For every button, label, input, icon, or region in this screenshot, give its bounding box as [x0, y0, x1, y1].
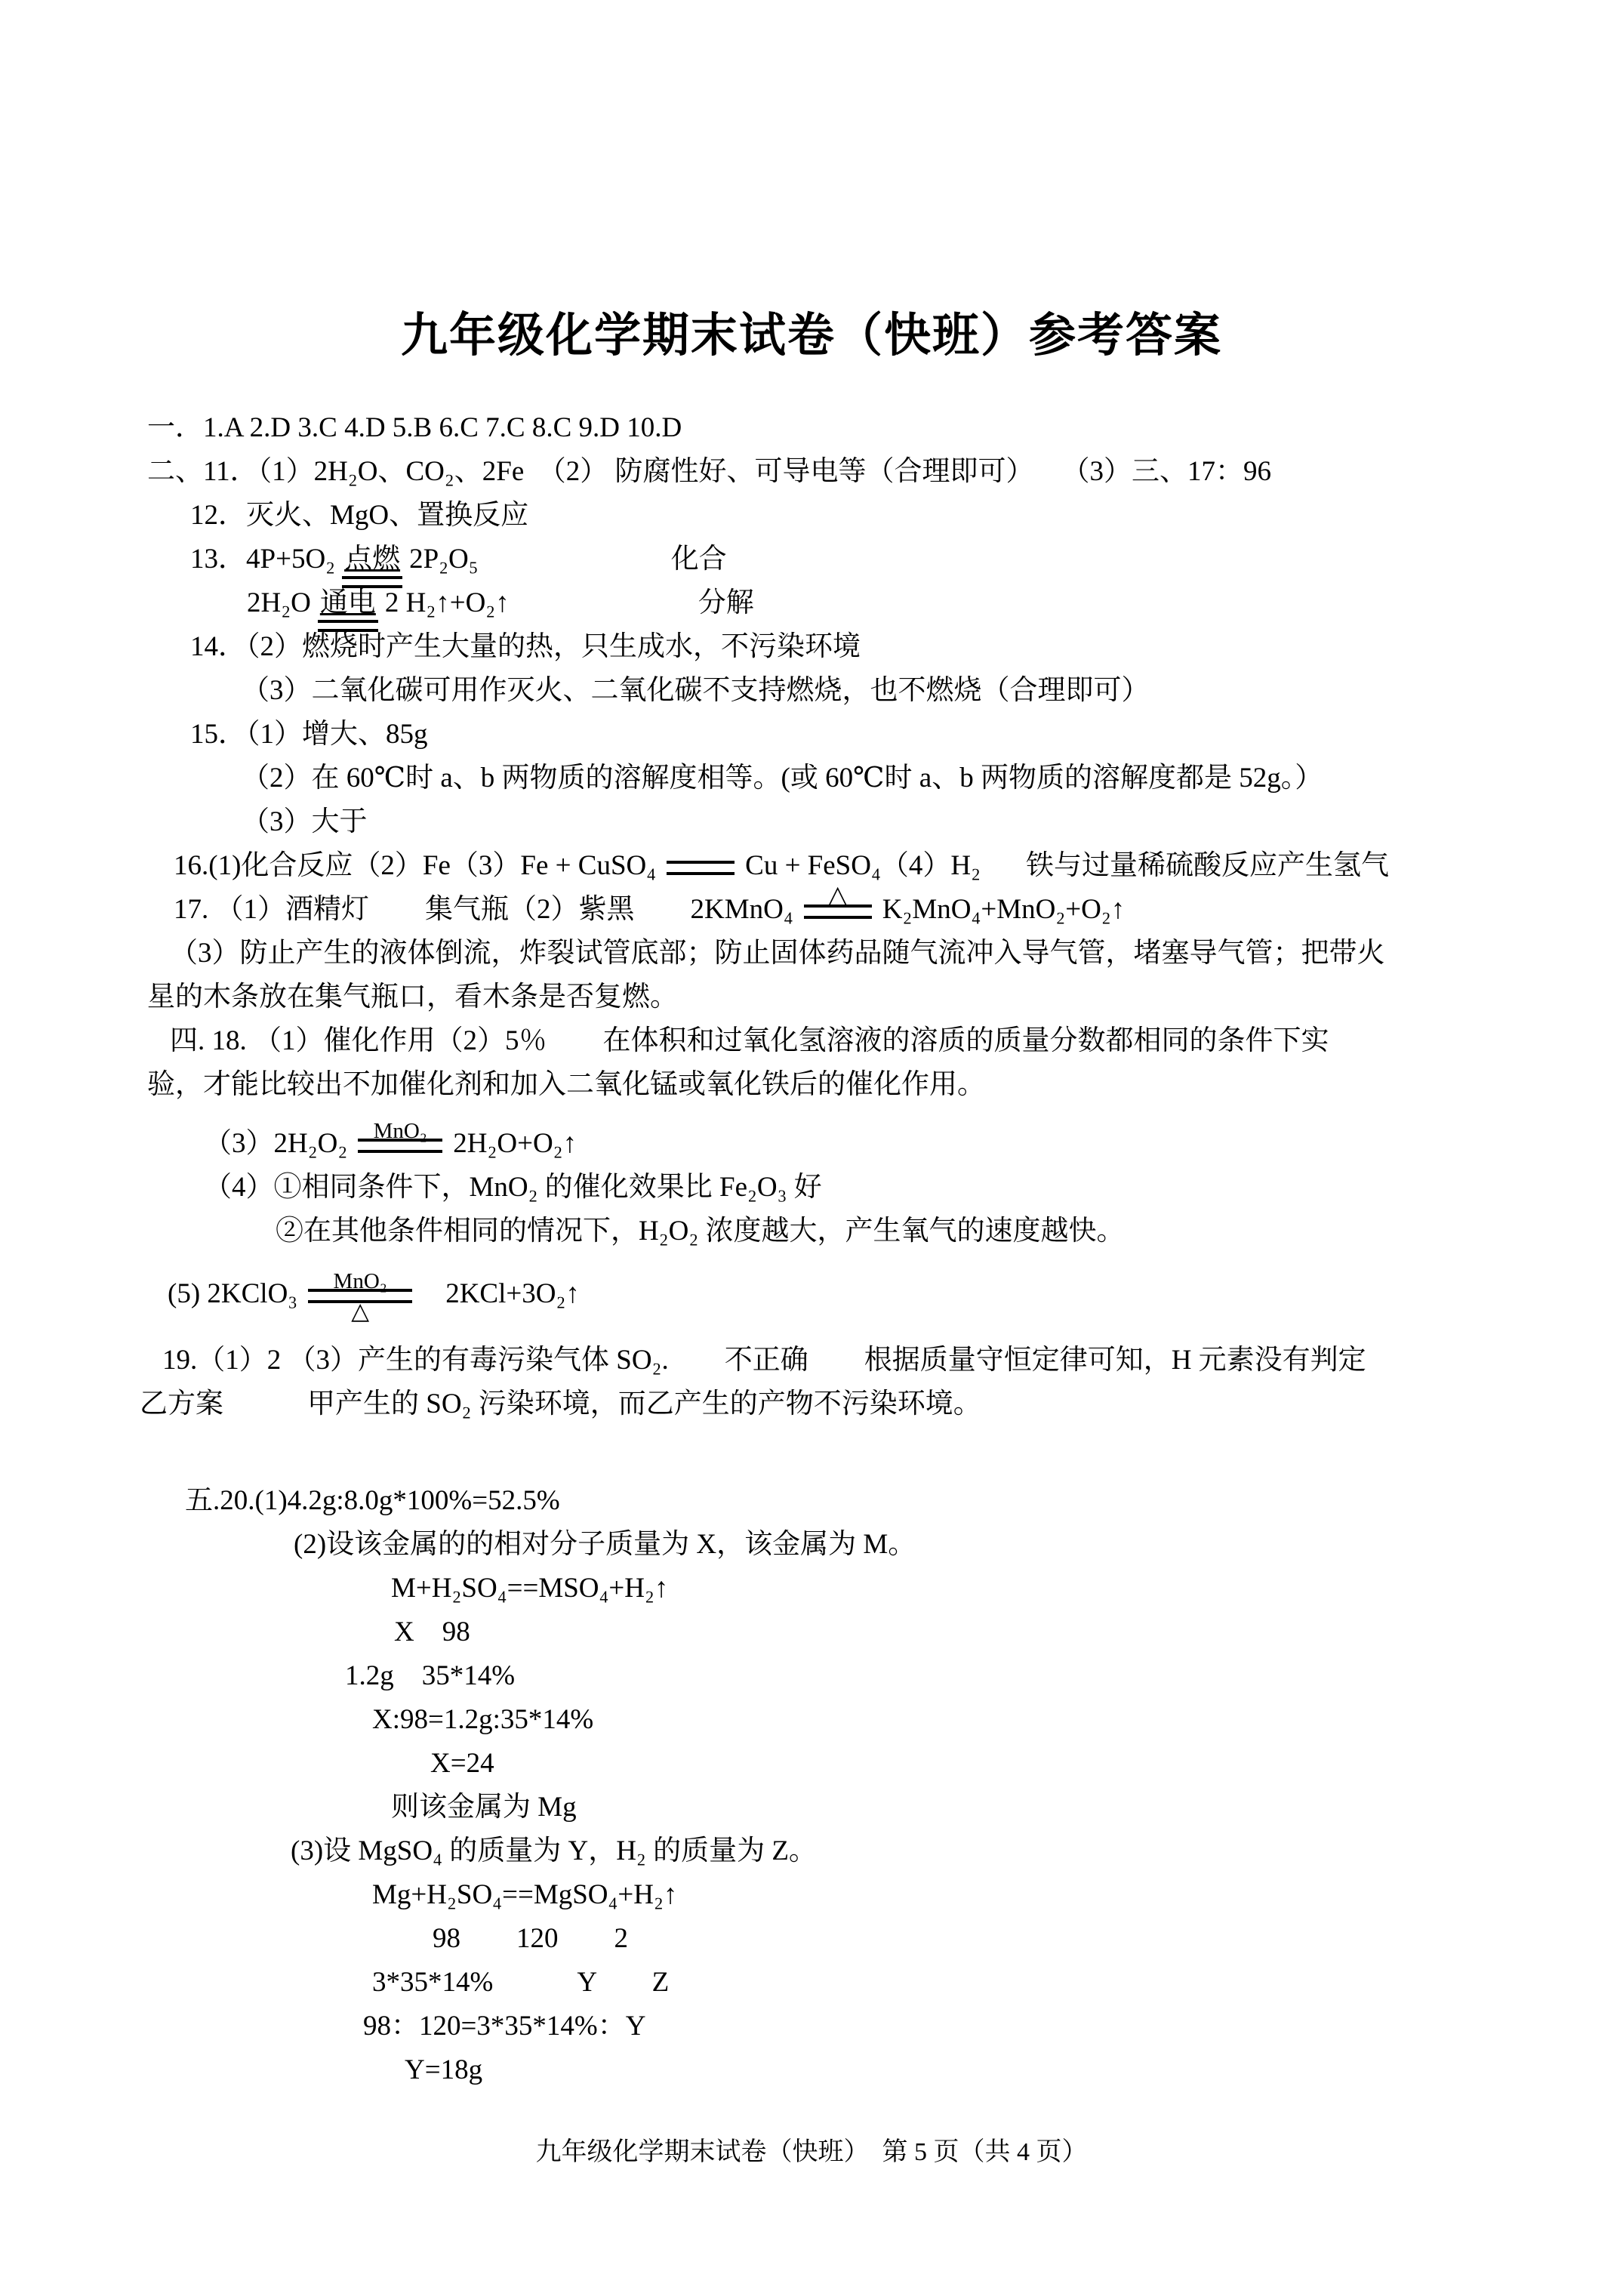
- equation-rhs: 2 H₂↑+O₂↑: [385, 587, 510, 618]
- reaction-condition: 通电: [320, 587, 376, 618]
- answer-q14-2: 14．（2）燃烧时产生大量的热，只生成水，不污染环境: [190, 625, 1563, 669]
- equation-lhs: 13．4P+5O₂: [190, 544, 335, 575]
- heat-condition-delta: △: [351, 1299, 369, 1323]
- answer-q20-3-result: Y=18g: [405, 2048, 1563, 2092]
- answer-q11: 二、11．（1）2H₂O、CO₂、2Fe （2） 防腐性好、可导电等（合理即可）…: [147, 450, 1563, 494]
- reaction-type: 分解: [698, 587, 754, 618]
- answer-q13-equation-1: 13．4P+5O₂点燃2P₂O₅化合: [190, 538, 1563, 581]
- answer-q20-2-proportion: X:98=1.2g:35*14%: [372, 1698, 1563, 1742]
- equation-equals: MnO₂△: [308, 1289, 412, 1303]
- answer-q20-2-conclusion: 则该金属为 Mg: [391, 1786, 1563, 1829]
- page-footer: 九年级化学期末试卷（快班） 第 5 页（共 4 页）: [0, 2131, 1623, 2168]
- equation-equals: △: [804, 905, 872, 919]
- answer-q20-3-ratio-row1: 98 120 2: [433, 1917, 1563, 1961]
- double-rule: [667, 861, 735, 875]
- equation-rhs: 2P₂O₅: [409, 544, 479, 575]
- equation-lhs: 17. （1）酒精灯 集气瓶（2）紫黑 2KMnO₄: [174, 894, 793, 925]
- equation-rhs: K₂MnO₄+MnO₂+O₂↑: [882, 894, 1126, 925]
- answer-q18-4-1: （4）①相同条件下，MnO₂ 的催化效果比 Fe₂O₃ 好: [204, 1166, 1563, 1210]
- answer-q19-line2: 乙方案 甲产生的 SO₂ 污染环境，而乙产生的产物不污染环境。: [140, 1382, 1563, 1426]
- exam-answer-page: 九年级化学期末试卷（快班）参考答案 一．1.A 2.D 3.C 4.D 5.B …: [0, 0, 1623, 2296]
- catalyst-condition: MnO₂: [374, 1120, 427, 1142]
- equation-lhs: （3）2H₂O₂: [204, 1128, 347, 1159]
- equation-lhs: 16.(1)化合反应（2）Fe（3）Fe + CuSO₄: [174, 850, 656, 881]
- answer-q20-2-ratio-row1: X 98: [394, 1610, 1563, 1654]
- catalyst-condition: MnO₂: [334, 1271, 387, 1293]
- reaction-condition: 点燃: [344, 544, 400, 575]
- answer-q20-3-setup: (3)设 MgSO₄ 的质量为 Y，H₂ 的质量为 Z。: [291, 1829, 1563, 1873]
- equation-rhs: Cu + FeSO₄（4）H₂: [745, 850, 981, 881]
- equation-rhs: 2H₂O+O₂↑: [453, 1128, 577, 1159]
- answer-note: 铁与过量稀硫酸反应产生氢气: [1026, 850, 1389, 881]
- page-title: 九年级化学期末试卷（快班）参考答案: [0, 0, 1623, 364]
- answer-q20-3-ratio-row2: 3*35*14% Y Z: [372, 1961, 1563, 2005]
- answer-q20-3-equation: Mg+H₂SO₄==MgSO₄+H₂↑: [372, 1873, 1563, 1917]
- reaction-type: 化合: [671, 544, 727, 575]
- answer-q20-1: 五.20.(1)4.2g:8.0g*100%=52.5%: [185, 1479, 1563, 1523]
- answer-q12: 12．灭火、MgO、置换反应: [190, 494, 1563, 538]
- heat-condition-delta: △: [828, 883, 847, 908]
- answer-q18-3: （3）2H₂O₂MnO₂2H₂O+O₂↑: [204, 1122, 1563, 1166]
- answer-q15-2: （2）在 60℃时 a、b 两物质的溶解度相等。(或 60℃时 a、b 两物质的…: [242, 757, 1563, 800]
- answer-q15-1: 15．（1）增大、85g: [190, 713, 1563, 757]
- answer-q18-5: (5) 2KClO₃MnO₂△2KCl+3O₂↑: [168, 1272, 1563, 1316]
- equation-rhs: 2KCl+3O₂↑: [445, 1278, 580, 1309]
- equation-equals: [667, 861, 735, 875]
- answer-q20-2-equation: M+H₂SO₄==MSO₄+H₂↑: [391, 1567, 1563, 1610]
- answer-q20-2-ratio-row2: 1.2g 35*14%: [345, 1654, 1563, 1698]
- answer-q13-equation-2: 2H₂O通电2 H₂↑+O₂↑分解: [247, 581, 1563, 625]
- answer-q18-12-line1: 四. 18. （1）催化作用（2）5％ 在体积和过氧化氢溶液的溶质的质量分数都相…: [170, 1019, 1563, 1063]
- answer-q17-3-line2: 星的木条放在集气瓶口，看木条是否复燃。: [147, 975, 1563, 1019]
- answer-q18-4-2: ②在其他条件相同的情况下，H₂O₂ 浓度越大，产生氧气的速度越快。: [276, 1210, 1563, 1253]
- equation-lhs: (5) 2KClO₃: [168, 1278, 297, 1309]
- answer-q20-2-setup: (2)设该金属的的相对分子质量为 X，该金属为 M。: [294, 1523, 1563, 1567]
- answer-q19-line1: 19.（1）2 （3）产生的有毒污染气体 SO₂. 不正确 根据质量守恒定律可知…: [162, 1339, 1563, 1382]
- answer-q18-12-line2: 验，才能比较出不加催化剂和加入二氧化锰或氧化铁后的催化作用。: [147, 1063, 1563, 1107]
- answer-q17-3-line1: （3）防止产生的液体倒流，炸裂试管底部；防止固体药品随气流冲入导气管，堵塞导气管…: [170, 932, 1563, 975]
- answer-q20-2-result: X=24: [430, 1742, 1563, 1786]
- answer-q15-3: （3）大于: [242, 800, 1563, 844]
- answer-q17: 17. （1）酒精灯 集气瓶（2）紫黑 2KMnO₄△K₂MnO₄+MnO₂+O…: [174, 888, 1563, 932]
- equation-lhs: 2H₂O: [247, 587, 311, 618]
- answer-q14-3: （3）二氧化碳可用作灭火、二氧化碳不支持燃烧，也不燃烧（合理即可）: [242, 669, 1563, 713]
- answer-content: 一．1.A 2.D 3.C 4.D 5.B 6.C 7.C 8.C 9.D 10…: [147, 406, 1563, 2092]
- answer-section-one: 一．1.A 2.D 3.C 4.D 5.B 6.C 7.C 8.C 9.D 10…: [147, 406, 1563, 450]
- equation-equals: MnO₂: [358, 1139, 442, 1153]
- answer-q20-3-proportion: 98：120=3*35*14%：Y: [363, 2005, 1563, 2048]
- answer-q16: 16.(1)化合反应（2）Fe（3）Fe + CuSO₄Cu + FeSO₄（4…: [174, 844, 1563, 888]
